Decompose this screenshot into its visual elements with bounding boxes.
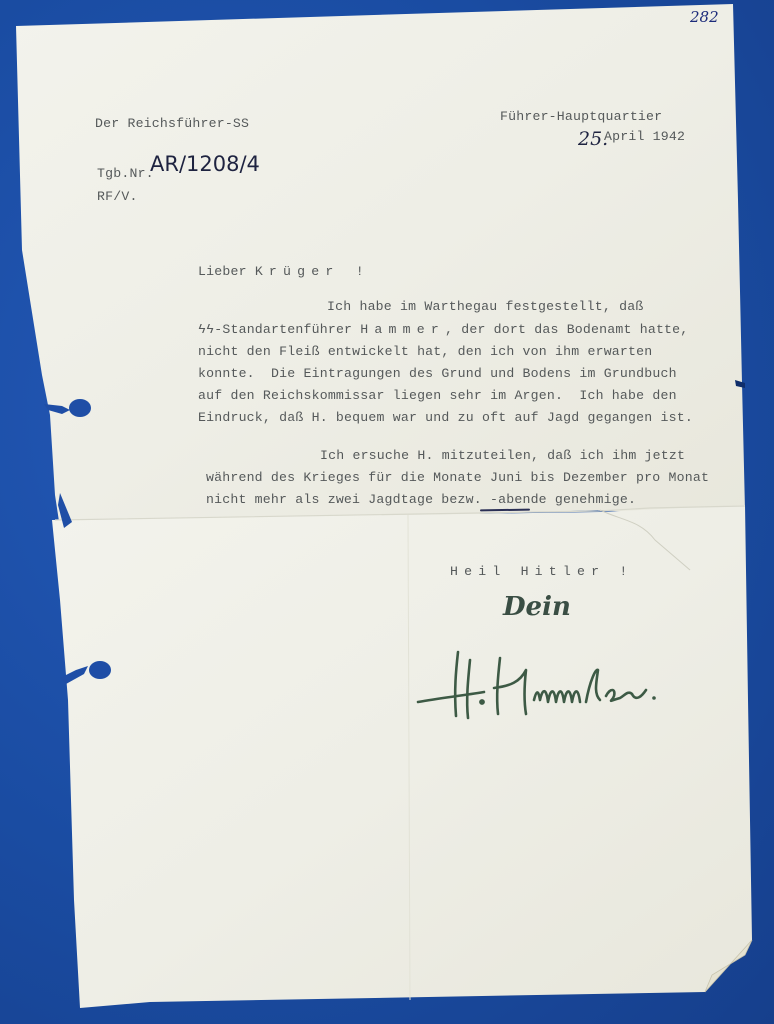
journal-number-line: Tgb.Nr.	[97, 165, 154, 183]
ss-rune: ϟϟ	[198, 322, 214, 337]
line3-start: nicht mehr als zwei Jagdtage bezw.	[206, 492, 482, 507]
paragraph1-line4: konnte. Die Eintragungen des Grund und B…	[198, 365, 677, 383]
paragraph1-line5: auf den Reichskommissar liegen sehr im A…	[198, 387, 677, 405]
journal-label: Tgb.Nr.	[97, 166, 154, 181]
person-name: Hammer	[360, 322, 445, 337]
place-line: Führer-Hauptquartier	[500, 108, 662, 126]
line2-rest: , der dort das Bodenamt hatte,	[445, 322, 688, 337]
reference-code: RF/V.	[97, 188, 138, 206]
salutation-name: Krüger	[255, 264, 340, 279]
paragraph2-line3: nicht mehr als zwei Jagdtage bezw. -aben…	[206, 491, 636, 509]
paragraph1-line6: Eindruck, daß H. bequem war und zu oft a…	[198, 409, 693, 427]
signature-scribble	[410, 640, 670, 730]
journal-number-handwritten: AR/1208/4	[150, 152, 260, 176]
date-typed: April 1942	[604, 128, 685, 146]
salutation-mark: !	[356, 264, 364, 279]
underlined-word: -abende	[490, 492, 547, 507]
punch-hole-upper	[69, 399, 91, 417]
rank: -Standartenführer	[214, 322, 352, 337]
punch-hole-lower	[89, 661, 111, 679]
line3-end: genehmige.	[555, 492, 636, 507]
sender-title: Der Reichsführer-SS	[95, 116, 249, 131]
paper-sheet-shape	[0, 0, 774, 1024]
paragraph1-line2: ϟϟ-Standartenführer Hammer, der dort das…	[198, 321, 688, 339]
letter-paper: 282 Der Reichsführer-SS Tgb.Nr. AR/1208/…	[0, 0, 774, 1024]
salutation: Lieber Krüger !	[198, 263, 364, 281]
sender-line: Der Reichsführer-SS	[95, 115, 249, 133]
paragraph1-line1: Ich habe im Warthegau festgestellt, daß	[327, 298, 643, 316]
paragraph1-line3: nicht den Fleiß entwickelt hat, den ich …	[198, 343, 652, 361]
salutation-word: Lieber	[198, 264, 247, 279]
closing-greeting: Heil Hitler !	[450, 563, 633, 581]
paragraph2-line1: Ich ersuche H. mitzuteilen, daß ich ihm …	[320, 447, 685, 465]
archive-page-number: 282	[690, 8, 719, 26]
closing-handwritten: Dein	[503, 592, 571, 622]
paragraph2-line2: während des Krieges für die Monate Juni …	[206, 469, 709, 487]
